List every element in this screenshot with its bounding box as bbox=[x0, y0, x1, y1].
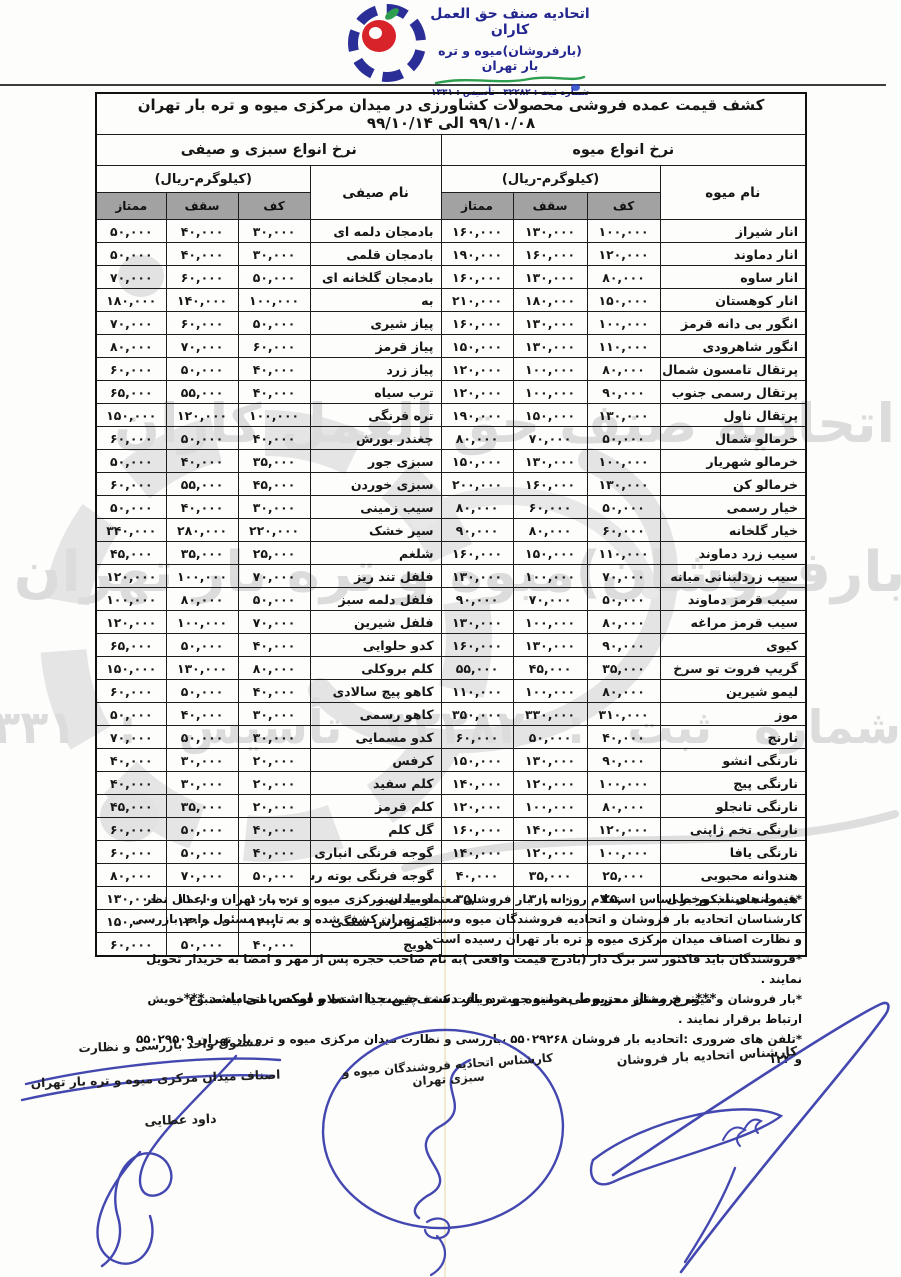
veg-name-header: نام صیفی bbox=[310, 166, 441, 220]
fruit-premium-cell: ۱۵۰,۰۰۰ bbox=[441, 450, 513, 473]
fruit-name-cell: انگور بی دانه قرمز bbox=[660, 312, 806, 335]
veg-name-cell: تره فرنگی bbox=[310, 404, 441, 427]
veg-floor-cell: ۶۰,۰۰۰ bbox=[238, 335, 310, 358]
fruit-ceiling-cell: ۷۰,۰۰۰ bbox=[513, 588, 587, 611]
price-row: خرمالو شهریار۱۰۰,۰۰۰۱۳۰,۰۰۰۱۵۰,۰۰۰سبزی ج… bbox=[96, 450, 806, 473]
fruit-name-cell: انار دماوند bbox=[660, 243, 806, 266]
fruit-premium-cell: ۸۰,۰۰۰ bbox=[441, 496, 513, 519]
fruit-name-cell: نارنج bbox=[660, 726, 806, 749]
veg-floor-cell: ۲۵,۰۰۰ bbox=[238, 542, 310, 565]
veg-premium-cell: ۱۸۰,۰۰۰ bbox=[96, 289, 166, 312]
note-line: *فروشندگان باید فاکتور سر برگ دار (بادرج… bbox=[130, 949, 802, 989]
fruit-ceiling-cell: ۱۸۰,۰۰۰ bbox=[513, 289, 587, 312]
fruit-floor-cell: ۹۰,۰۰۰ bbox=[587, 749, 660, 772]
veg-name-cell: فلفل شیرین bbox=[310, 611, 441, 634]
fruit-floor-cell: ۱۰۰,۰۰۰ bbox=[587, 220, 660, 243]
price-row: انار شیراز۱۰۰,۰۰۰۱۳۰,۰۰۰۱۶۰,۰۰۰بادمجان د… bbox=[96, 220, 806, 243]
veg-name-cell: فلفل دلمه سبز bbox=[310, 588, 441, 611]
fruit-premium-cell: ۴۰,۰۰۰ bbox=[441, 864, 513, 887]
top-rule bbox=[0, 84, 886, 86]
fruit-ceiling-cell: ۴۵,۰۰۰ bbox=[513, 657, 587, 680]
fruit-ceiling-cell: ۱۴۰,۰۰۰ bbox=[513, 818, 587, 841]
veg-ceiling-cell: ۱۳۰,۰۰۰ bbox=[166, 657, 238, 680]
fruit-floor-cell: ۱۲۰,۰۰۰ bbox=[587, 243, 660, 266]
veg-premium-cell: ۱۵۰,۰۰۰ bbox=[96, 657, 166, 680]
veg-ceiling-cell: ۵۵,۰۰۰ bbox=[166, 381, 238, 404]
veg-name-cell: بادمجان قلمی bbox=[310, 243, 441, 266]
price-row: انگور بی دانه قرمز۱۰۰,۰۰۰۱۳۰,۰۰۰۱۶۰,۰۰۰پ… bbox=[96, 312, 806, 335]
fruit-premium-header: ممتاز bbox=[441, 193, 513, 220]
veg-name-cell: بادمجان دلمه ای bbox=[310, 220, 441, 243]
fruit-floor-cell: ۱۲۰,۰۰۰ bbox=[587, 818, 660, 841]
veg-premium-cell: ۴۰,۰۰۰ bbox=[96, 772, 166, 795]
fruit-premium-cell: ۱۶۰,۰۰۰ bbox=[441, 542, 513, 565]
ink-dot bbox=[571, 84, 580, 91]
fruit-section-header: نرخ انواع میوه bbox=[441, 135, 806, 166]
fruit-ceiling-cell: ۱۰۰,۰۰۰ bbox=[513, 565, 587, 588]
fruit-ceiling-cell: ۱۰۰,۰۰۰ bbox=[513, 381, 587, 404]
veg-premium-cell: ۷۰,۰۰۰ bbox=[96, 312, 166, 335]
fruit-name-cell: خرمالو شمال bbox=[660, 427, 806, 450]
fruit-premium-cell: ۱۴۰,۰۰۰ bbox=[441, 841, 513, 864]
fruit-floor-cell: ۱۰۰,۰۰۰ bbox=[587, 841, 660, 864]
veg-premium-cell: ۵۰,۰۰۰ bbox=[96, 703, 166, 726]
fruit-name-header: نام میوه bbox=[660, 166, 806, 220]
veg-premium-cell: ۶۰,۰۰۰ bbox=[96, 358, 166, 381]
org-name-line2: (بارفروشان)میوه و تره بار تهران bbox=[430, 43, 590, 73]
veg-name-cell: کدو حلوایی bbox=[310, 634, 441, 657]
veg-floor-cell: ۴۰,۰۰۰ bbox=[238, 818, 310, 841]
fruit-premium-cell: ۳۵۰,۰۰۰ bbox=[441, 703, 513, 726]
fruit-floor-cell: ۲۵,۰۰۰ bbox=[587, 864, 660, 887]
veg-ceiling-cell: ۳۰,۰۰۰ bbox=[166, 749, 238, 772]
veg-premium-cell: ۵۰,۰۰۰ bbox=[96, 450, 166, 473]
veg-floor-cell: ۲۰,۰۰۰ bbox=[238, 772, 310, 795]
fruit-ceiling-cell: ۱۵۰,۰۰۰ bbox=[513, 404, 587, 427]
fruit-ceiling-cell: ۱۰۰,۰۰۰ bbox=[513, 358, 587, 381]
fruit-premium-cell: ۱۶۰,۰۰۰ bbox=[441, 634, 513, 657]
price-row: خیار گلخانه۶۰,۰۰۰۸۰,۰۰۰۹۰,۰۰۰سیر خشک۲۲۰,… bbox=[96, 519, 806, 542]
fruit-ceiling-cell: ۱۰۰,۰۰۰ bbox=[513, 611, 587, 634]
veg-premium-cell: ۶۰,۰۰۰ bbox=[96, 818, 166, 841]
veg-floor-cell: ۱۰۰,۰۰۰ bbox=[238, 289, 310, 312]
veg-ceiling-header: سقف bbox=[166, 193, 238, 220]
veg-premium-cell: ۸۰,۰۰۰ bbox=[96, 864, 166, 887]
fruit-ceiling-cell: ۱۳۰,۰۰۰ bbox=[513, 335, 587, 358]
fruit-ceiling-cell: ۱۳۰,۰۰۰ bbox=[513, 312, 587, 335]
fruit-premium-cell: ۱۱۰,۰۰۰ bbox=[441, 680, 513, 703]
veg-name-cell: سبزی خوردن bbox=[310, 473, 441, 496]
fruit-ceiling-cell: ۱۶۰,۰۰۰ bbox=[513, 473, 587, 496]
veg-premium-cell: ۸۰,۰۰۰ bbox=[96, 335, 166, 358]
veg-floor-cell: ۲۲۰,۰۰۰ bbox=[238, 519, 310, 542]
veg-name-cell: سبزی جور bbox=[310, 450, 441, 473]
fruit-name-cell: پرتقال رسمی جنوب bbox=[660, 381, 806, 404]
fruit-ceiling-cell: ۵۰,۰۰۰ bbox=[513, 726, 587, 749]
veg-ceiling-cell: ۵۰,۰۰۰ bbox=[166, 427, 238, 450]
fruit-ceiling-cell: ۱۶۰,۰۰۰ bbox=[513, 243, 587, 266]
fruit-ceiling-cell: ۱۲۰,۰۰۰ bbox=[513, 841, 587, 864]
veg-name-cell: پیاز شیری bbox=[310, 312, 441, 335]
veg-premium-cell: ۴۰,۰۰۰ bbox=[96, 749, 166, 772]
veg-floor-cell: ۱۰۰,۰۰۰ bbox=[238, 404, 310, 427]
fruit-name-cell: پرتقال ناول bbox=[660, 404, 806, 427]
veg-floor-cell: ۴۰,۰۰۰ bbox=[238, 634, 310, 657]
fruit-name-cell: کیوی bbox=[660, 634, 806, 657]
veg-premium-cell: ۵۰,۰۰۰ bbox=[96, 243, 166, 266]
veg-ceiling-cell: ۷۰,۰۰۰ bbox=[166, 335, 238, 358]
veg-ceiling-cell: ۲۸۰,۰۰۰ bbox=[166, 519, 238, 542]
fruit-ceiling-cell: ۱۳۰,۰۰۰ bbox=[513, 450, 587, 473]
note-line: *قیمت های مذکور بر اساس استعلام روزانه ا… bbox=[130, 889, 802, 949]
veg-premium-cell: ۶۰,۰۰۰ bbox=[96, 427, 166, 450]
veg-premium-cell: ۳۴۰,۰۰۰ bbox=[96, 519, 166, 542]
veg-premium-header: ممتاز bbox=[96, 193, 166, 220]
veg-ceiling-cell: ۶۰,۰۰۰ bbox=[166, 312, 238, 335]
table-title: کشف قیمت عمده فروشی محصولات کشاورزی در م… bbox=[96, 93, 806, 135]
price-row: نارنگی پیج۱۰۰,۰۰۰۱۲۰,۰۰۰۱۴۰,۰۰۰کلم سفید۲… bbox=[96, 772, 806, 795]
veg-premium-cell: ۱۲۰,۰۰۰ bbox=[96, 565, 166, 588]
fruit-floor-cell: ۸۰,۰۰۰ bbox=[587, 680, 660, 703]
fruit-premium-cell: ۱۹۰,۰۰۰ bbox=[441, 404, 513, 427]
veg-section-header: نرخ انواع سبزی و صیفی bbox=[96, 135, 441, 166]
fruit-floor-cell: ۵۰,۰۰۰ bbox=[587, 588, 660, 611]
fruit-name-cell: خیار گلخانه bbox=[660, 519, 806, 542]
veg-floor-cell: ۸۰,۰۰۰ bbox=[238, 657, 310, 680]
veg-ceiling-cell: ۱۴۰,۰۰۰ bbox=[166, 289, 238, 312]
fruit-ceiling-cell: ۱۳۰,۰۰۰ bbox=[513, 634, 587, 657]
fruit-ceiling-cell: ۸۰,۰۰۰ bbox=[513, 519, 587, 542]
fruit-name-cell: خرمالو کن bbox=[660, 473, 806, 496]
fruit-name-cell: انار کوهستان bbox=[660, 289, 806, 312]
veg-name-cell: پیاز قرمز bbox=[310, 335, 441, 358]
fruit-name-cell: گریپ فروت تو سرخ bbox=[660, 657, 806, 680]
fruit-floor-cell: ۸۰,۰۰۰ bbox=[587, 266, 660, 289]
price-row: خرمالو کن۱۳۰,۰۰۰۱۶۰,۰۰۰۲۰۰,۰۰۰سبزی خوردن… bbox=[96, 473, 806, 496]
fruit-premium-cell: ۱۹۰,۰۰۰ bbox=[441, 243, 513, 266]
price-row: موز۳۱۰,۰۰۰۳۳۰,۰۰۰۳۵۰,۰۰۰کاهو رسمی۳۰,۰۰۰۴… bbox=[96, 703, 806, 726]
fruit-ceiling-cell: ۱۳۰,۰۰۰ bbox=[513, 266, 587, 289]
fruit-premium-cell: ۱۴۰,۰۰۰ bbox=[441, 772, 513, 795]
fruit-name-cell: هندوانه محبوبی bbox=[660, 864, 806, 887]
fruit-premium-cell: ۵۵,۰۰۰ bbox=[441, 657, 513, 680]
veg-ceiling-cell: ۱۰۰,۰۰۰ bbox=[166, 611, 238, 634]
fruit-floor-cell: ۱۳۰,۰۰۰ bbox=[587, 473, 660, 496]
veg-floor-cell: ۵۰,۰۰۰ bbox=[238, 864, 310, 887]
fruit-premium-cell: ۱۶۰,۰۰۰ bbox=[441, 312, 513, 335]
veg-ceiling-cell: ۵۰,۰۰۰ bbox=[166, 680, 238, 703]
veg-name-cell: کلم بروکلی bbox=[310, 657, 441, 680]
fruit-name-cell: سیب زردلبنانی میانه bbox=[660, 565, 806, 588]
veg-premium-cell: ۶۰,۰۰۰ bbox=[96, 680, 166, 703]
veg-name-cell: گوجه فرنگی بوته رس bbox=[310, 864, 441, 887]
fruit-floor-cell: ۱۱۰,۰۰۰ bbox=[587, 335, 660, 358]
fruit-ceiling-cell: ۳۵,۰۰۰ bbox=[513, 864, 587, 887]
price-row: نارنگی یافا۱۰۰,۰۰۰۱۲۰,۰۰۰۱۴۰,۰۰۰گوجه فرن… bbox=[96, 841, 806, 864]
fruit-name-cell: لیمو شیرین bbox=[660, 680, 806, 703]
veg-premium-cell: ۶۰,۰۰۰ bbox=[96, 473, 166, 496]
scanned-price-bulletin: اتحادیه صنف حق العمل کاران (بارفروشان)می… bbox=[0, 0, 901, 1277]
fruit-ceiling-cell: ۱۳۰,۰۰۰ bbox=[513, 749, 587, 772]
price-row: انگور شاهرودی۱۱۰,۰۰۰۱۳۰,۰۰۰۱۵۰,۰۰۰پیاز ق… bbox=[96, 335, 806, 358]
veg-ceiling-cell: ۵۰,۰۰۰ bbox=[166, 818, 238, 841]
veg-name-cell: چغندر بورش bbox=[310, 427, 441, 450]
veg-floor-header: کف bbox=[238, 193, 310, 220]
fruit-floor-cell: ۸۰,۰۰۰ bbox=[587, 795, 660, 818]
fruit-name-cell: انار شیراز bbox=[660, 220, 806, 243]
fruit-premium-cell: ۱۲۰,۰۰۰ bbox=[441, 795, 513, 818]
veg-premium-cell: ۷۰,۰۰۰ bbox=[96, 726, 166, 749]
fruit-premium-cell: ۲۰۰,۰۰۰ bbox=[441, 473, 513, 496]
veg-premium-cell: ۴۵,۰۰۰ bbox=[96, 795, 166, 818]
veg-floor-cell: ۳۰,۰۰۰ bbox=[238, 243, 310, 266]
signature-right-scribble bbox=[585, 990, 901, 1275]
veg-ceiling-cell: ۵۰,۰۰۰ bbox=[166, 841, 238, 864]
price-row: پرتقال تامسون شمال۸۰,۰۰۰۱۰۰,۰۰۰۱۲۰,۰۰۰پی… bbox=[96, 358, 806, 381]
veg-ceiling-cell: ۸۰,۰۰۰ bbox=[166, 588, 238, 611]
veg-ceiling-cell: ۱۰۰,۰۰۰ bbox=[166, 565, 238, 588]
veg-premium-cell: ۱۰۰,۰۰۰ bbox=[96, 588, 166, 611]
veg-floor-cell: ۴۰,۰۰۰ bbox=[238, 381, 310, 404]
fruit-floor-cell: ۷۰,۰۰۰ bbox=[587, 565, 660, 588]
fruit-floor-cell: ۱۵۰,۰۰۰ bbox=[587, 289, 660, 312]
price-row: هندوانه محبوبی۲۵,۰۰۰۳۵,۰۰۰۴۰,۰۰۰گوجه فرن… bbox=[96, 864, 806, 887]
fruit-name-cell: خیار رسمی bbox=[660, 496, 806, 519]
veg-ceiling-cell: ۴۰,۰۰۰ bbox=[166, 243, 238, 266]
veg-floor-cell: ۷۰,۰۰۰ bbox=[238, 565, 310, 588]
fruit-floor-cell: ۹۰,۰۰۰ bbox=[587, 634, 660, 657]
veg-name-cell: کدو مسمایی bbox=[310, 726, 441, 749]
fruit-name-cell: خرمالو شهریار bbox=[660, 450, 806, 473]
price-row: کیوی۹۰,۰۰۰۱۳۰,۰۰۰۱۶۰,۰۰۰کدو حلوایی۴۰,۰۰۰… bbox=[96, 634, 806, 657]
price-row: خیار رسمی۵۰,۰۰۰۶۰,۰۰۰۸۰,۰۰۰سیب زمینی۳۰,۰… bbox=[96, 496, 806, 519]
fruit-floor-cell: ۱۰۰,۰۰۰ bbox=[587, 772, 660, 795]
price-row: نارنگی انشو۹۰,۰۰۰۱۳۰,۰۰۰۱۵۰,۰۰۰کرفس۲۰,۰۰… bbox=[96, 749, 806, 772]
veg-floor-cell: ۷۰,۰۰۰ bbox=[238, 611, 310, 634]
veg-name-cell: کاهو رسمی bbox=[310, 703, 441, 726]
union-logo bbox=[338, 2, 434, 84]
fruit-floor-cell: ۱۰۰,۰۰۰ bbox=[587, 450, 660, 473]
veg-premium-cell: ۱۵۰,۰۰۰ bbox=[96, 404, 166, 427]
veg-floor-cell: ۴۵,۰۰۰ bbox=[238, 473, 310, 496]
price-row: انار دماوند۱۲۰,۰۰۰۱۶۰,۰۰۰۱۹۰,۰۰۰بادمجان … bbox=[96, 243, 806, 266]
veg-premium-cell: ۴۵,۰۰۰ bbox=[96, 542, 166, 565]
veg-name-cell: کلم سفید bbox=[310, 772, 441, 795]
veg-name-cell: گوجه فرنگی انباری bbox=[310, 841, 441, 864]
fruit-ceiling-cell: ۱۵۰,۰۰۰ bbox=[513, 542, 587, 565]
veg-name-cell: فلفل تند ریز bbox=[310, 565, 441, 588]
veg-floor-cell: ۳۰,۰۰۰ bbox=[238, 496, 310, 519]
fruit-premium-cell: ۸۰,۰۰۰ bbox=[441, 427, 513, 450]
veg-ceiling-cell: ۵۰,۰۰۰ bbox=[166, 726, 238, 749]
price-row: لیمو شیرین۸۰,۰۰۰۱۰۰,۰۰۰۱۱۰,۰۰۰کاهو پیچ س… bbox=[96, 680, 806, 703]
veg-floor-cell: ۴۰,۰۰۰ bbox=[238, 358, 310, 381]
veg-name-cell: گل کلم bbox=[310, 818, 441, 841]
fruit-ceiling-cell: ۶۰,۰۰۰ bbox=[513, 496, 587, 519]
veg-ceiling-cell: ۴۰,۰۰۰ bbox=[166, 450, 238, 473]
veg-premium-cell: ۶۵,۰۰۰ bbox=[96, 634, 166, 657]
fruit-floor-cell: ۴۰,۰۰۰ bbox=[587, 726, 660, 749]
veg-ceiling-cell: ۳۵,۰۰۰ bbox=[166, 542, 238, 565]
fruit-floor-cell: ۵۰,۰۰۰ bbox=[587, 496, 660, 519]
veg-ceiling-cell: ۴۰,۰۰۰ bbox=[166, 496, 238, 519]
fruit-ceiling-cell: ۱۳۰,۰۰۰ bbox=[513, 220, 587, 243]
veg-name-cell: کلم قرمز bbox=[310, 795, 441, 818]
veg-floor-cell: ۵۰,۰۰۰ bbox=[238, 588, 310, 611]
unit-row: نام میوه (کیلوگرم-ریال) نام صیفی (کیلوگر… bbox=[96, 166, 806, 193]
price-row: پرتقال رسمی جنوب۹۰,۰۰۰۱۰۰,۰۰۰۱۲۰,۰۰۰ترب … bbox=[96, 381, 806, 404]
fruit-name-cell: موز bbox=[660, 703, 806, 726]
veg-name-cell: سیر خشک bbox=[310, 519, 441, 542]
veg-floor-cell: ۴۰,۰۰۰ bbox=[238, 680, 310, 703]
price-row: سیب قرمز دماوند۵۰,۰۰۰۷۰,۰۰۰۹۰,۰۰۰فلفل دل… bbox=[96, 588, 806, 611]
price-row: سیب قرمز مراغه۸۰,۰۰۰۱۰۰,۰۰۰۱۳۰,۰۰۰فلفل ش… bbox=[96, 611, 806, 634]
price-row: سیب زرد دماوند۱۱۰,۰۰۰۱۵۰,۰۰۰۱۶۰,۰۰۰شلغم۲… bbox=[96, 542, 806, 565]
fruit-floor-cell: ۸۰,۰۰۰ bbox=[587, 358, 660, 381]
fruit-premium-cell: ۶۰,۰۰۰ bbox=[441, 726, 513, 749]
veg-floor-cell: ۳۰,۰۰۰ bbox=[238, 220, 310, 243]
fruit-name-cell: سیب زرد دماوند bbox=[660, 542, 806, 565]
veg-ceiling-cell: ۶۰,۰۰۰ bbox=[166, 266, 238, 289]
fruit-premium-cell: ۱۵۰,۰۰۰ bbox=[441, 335, 513, 358]
fruit-premium-cell: ۱۶۰,۰۰۰ bbox=[441, 266, 513, 289]
price-row: پرتقال ناول۱۳۰,۰۰۰۱۵۰,۰۰۰۱۹۰,۰۰۰تره فرنگ… bbox=[96, 404, 806, 427]
price-row: نارنج۴۰,۰۰۰۵۰,۰۰۰۶۰,۰۰۰کدو مسمایی۳۰,۰۰۰۵… bbox=[96, 726, 806, 749]
veg-name-cell: کرفس bbox=[310, 749, 441, 772]
veg-premium-cell: ۵۰,۰۰۰ bbox=[96, 220, 166, 243]
veg-name-cell: پیاز زرد bbox=[310, 358, 441, 381]
veg-premium-cell: ۱۲۰,۰۰۰ bbox=[96, 611, 166, 634]
fruit-premium-cell: ۱۶۰,۰۰۰ bbox=[441, 220, 513, 243]
fruit-ceiling-cell: ۳۳۰,۰۰۰ bbox=[513, 703, 587, 726]
fruit-premium-cell: ۱۶۰,۰۰۰ bbox=[441, 818, 513, 841]
fruit-premium-cell: ۱۵۰,۰۰۰ bbox=[441, 749, 513, 772]
fruit-ceiling-cell: ۷۰,۰۰۰ bbox=[513, 427, 587, 450]
veg-floor-cell: ۲۰,۰۰۰ bbox=[238, 749, 310, 772]
table-title-row: کشف قیمت عمده فروشی محصولات کشاورزی در م… bbox=[96, 93, 806, 135]
fruit-name-cell: نارنگی تانجلو bbox=[660, 795, 806, 818]
veg-ceiling-cell: ۷۰,۰۰۰ bbox=[166, 864, 238, 887]
price-table: کشف قیمت عمده فروشی محصولات کشاورزی در م… bbox=[95, 92, 807, 957]
veg-name-cell: شلغم bbox=[310, 542, 441, 565]
veg-name-cell: به bbox=[310, 289, 441, 312]
fruit-name-cell: نارنگی یافا bbox=[660, 841, 806, 864]
fruit-ceiling-header: سقف bbox=[513, 193, 587, 220]
fruit-premium-cell: ۱۳۰,۰۰۰ bbox=[441, 611, 513, 634]
fruit-floor-cell: ۵۰,۰۰۰ bbox=[587, 427, 660, 450]
fruit-floor-cell: ۹۰,۰۰۰ bbox=[587, 381, 660, 404]
veg-unit-label: (کیلوگرم-ریال) bbox=[96, 166, 310, 193]
price-row: انار ساوه۸۰,۰۰۰۱۳۰,۰۰۰۱۶۰,۰۰۰بادمجان گلخ… bbox=[96, 266, 806, 289]
veg-ceiling-cell: ۳۵,۰۰۰ bbox=[166, 795, 238, 818]
veg-floor-cell: ۳۵,۰۰۰ bbox=[238, 450, 310, 473]
veg-name-cell: ترب سیاه bbox=[310, 381, 441, 404]
veg-ceiling-cell: ۵۰,۰۰۰ bbox=[166, 634, 238, 657]
fruit-name-cell: نارنگی پیج bbox=[660, 772, 806, 795]
price-row: خرمالو شمال۵۰,۰۰۰۷۰,۰۰۰۸۰,۰۰۰چغندر بورش۴… bbox=[96, 427, 806, 450]
fruit-premium-cell: ۱۲۰,۰۰۰ bbox=[441, 381, 513, 404]
veg-name-cell: سیب زمینی bbox=[310, 496, 441, 519]
fruit-unit-label: (کیلوگرم-ریال) bbox=[441, 166, 660, 193]
veg-premium-cell: ۵۰,۰۰۰ bbox=[96, 496, 166, 519]
fruit-premium-cell: ۱۳۰,۰۰۰ bbox=[441, 565, 513, 588]
org-name-line1: اتحادیه صنف حق العمل کاران bbox=[430, 6, 590, 38]
veg-ceiling-cell: ۳۰,۰۰۰ bbox=[166, 772, 238, 795]
fruit-floor-cell: ۳۵,۰۰۰ bbox=[587, 657, 660, 680]
veg-floor-cell: ۵۰,۰۰۰ bbox=[238, 312, 310, 335]
veg-ceiling-cell: ۵۵,۰۰۰ bbox=[166, 473, 238, 496]
fruit-floor-cell: ۱۳۰,۰۰۰ bbox=[587, 404, 660, 427]
fruit-floor-cell: ۸۰,۰۰۰ bbox=[587, 611, 660, 634]
fruit-premium-cell: ۲۱۰,۰۰۰ bbox=[441, 289, 513, 312]
veg-floor-cell: ۴۰,۰۰۰ bbox=[238, 841, 310, 864]
fruit-name-cell: نارنگی تخم ژاپنی bbox=[660, 818, 806, 841]
fruit-name-cell: سیب قرمز دماوند bbox=[660, 588, 806, 611]
fruit-name-cell: انگور شاهرودی bbox=[660, 335, 806, 358]
veg-ceiling-cell: ۵۰,۰۰۰ bbox=[166, 358, 238, 381]
veg-premium-cell: ۷۰,۰۰۰ bbox=[96, 266, 166, 289]
price-row: گریپ فروت تو سرخ۳۵,۰۰۰۴۵,۰۰۰۵۵,۰۰۰کلم بر… bbox=[96, 657, 806, 680]
price-row: سیب زردلبنانی میانه۷۰,۰۰۰۱۰۰,۰۰۰۱۳۰,۰۰۰ف… bbox=[96, 565, 806, 588]
fruit-floor-cell: ۱۱۰,۰۰۰ bbox=[587, 542, 660, 565]
fruit-floor-cell: ۶۰,۰۰۰ bbox=[587, 519, 660, 542]
veg-floor-cell: ۳۰,۰۰۰ bbox=[238, 703, 310, 726]
fruit-floor-cell: ۱۰۰,۰۰۰ bbox=[587, 312, 660, 335]
veg-premium-cell: ۶۵,۰۰۰ bbox=[96, 381, 166, 404]
section-header-row: نرخ انواع میوه نرخ انواع سبزی و صیفی bbox=[96, 135, 806, 166]
veg-name-cell: بادمجان گلخانه ای bbox=[310, 266, 441, 289]
logo-apple-icon bbox=[362, 20, 396, 52]
veg-name-cell: کاهو پیچ سالادی bbox=[310, 680, 441, 703]
fruit-premium-cell: ۹۰,۰۰۰ bbox=[441, 588, 513, 611]
fruit-name-cell: پرتقال تامسون شمال bbox=[660, 358, 806, 381]
fruit-floor-cell: ۳۱۰,۰۰۰ bbox=[587, 703, 660, 726]
price-row: انار کوهستان۱۵۰,۰۰۰۱۸۰,۰۰۰۲۱۰,۰۰۰به۱۰۰,۰… bbox=[96, 289, 806, 312]
fruit-name-cell: نارنگی انشو bbox=[660, 749, 806, 772]
veg-floor-cell: ۴۰,۰۰۰ bbox=[238, 427, 310, 450]
veg-ceiling-cell: ۴۰,۰۰۰ bbox=[166, 703, 238, 726]
veg-ceiling-cell: ۴۰,۰۰۰ bbox=[166, 220, 238, 243]
fruit-premium-cell: ۱۲۰,۰۰۰ bbox=[441, 358, 513, 381]
fruit-ceiling-cell: ۱۲۰,۰۰۰ bbox=[513, 772, 587, 795]
veg-ceiling-cell: ۱۲۰,۰۰۰ bbox=[166, 404, 238, 427]
price-table-body: انار شیراز۱۰۰,۰۰۰۱۳۰,۰۰۰۱۶۰,۰۰۰بادمجان د… bbox=[96, 220, 806, 957]
veg-floor-cell: ۵۰,۰۰۰ bbox=[238, 266, 310, 289]
price-row: نارنگی تانجلو۸۰,۰۰۰۱۰۰,۰۰۰۱۲۰,۰۰۰کلم قرم… bbox=[96, 795, 806, 818]
veg-floor-cell: ۲۰,۰۰۰ bbox=[238, 795, 310, 818]
price-row: نارنگی تخم ژاپنی۱۲۰,۰۰۰۱۴۰,۰۰۰۱۶۰,۰۰۰گل … bbox=[96, 818, 806, 841]
fruit-name-cell: انار ساوه bbox=[660, 266, 806, 289]
fruit-premium-cell: ۹۰,۰۰۰ bbox=[441, 519, 513, 542]
fruit-name-cell: سیب قرمز مراغه bbox=[660, 611, 806, 634]
veg-floor-cell: ۳۰,۰۰۰ bbox=[238, 726, 310, 749]
fruit-ceiling-cell: ۱۰۰,۰۰۰ bbox=[513, 795, 587, 818]
fruit-floor-header: کف bbox=[587, 193, 660, 220]
fruit-ceiling-cell: ۱۰۰,۰۰۰ bbox=[513, 680, 587, 703]
veg-premium-cell: ۶۰,۰۰۰ bbox=[96, 841, 166, 864]
